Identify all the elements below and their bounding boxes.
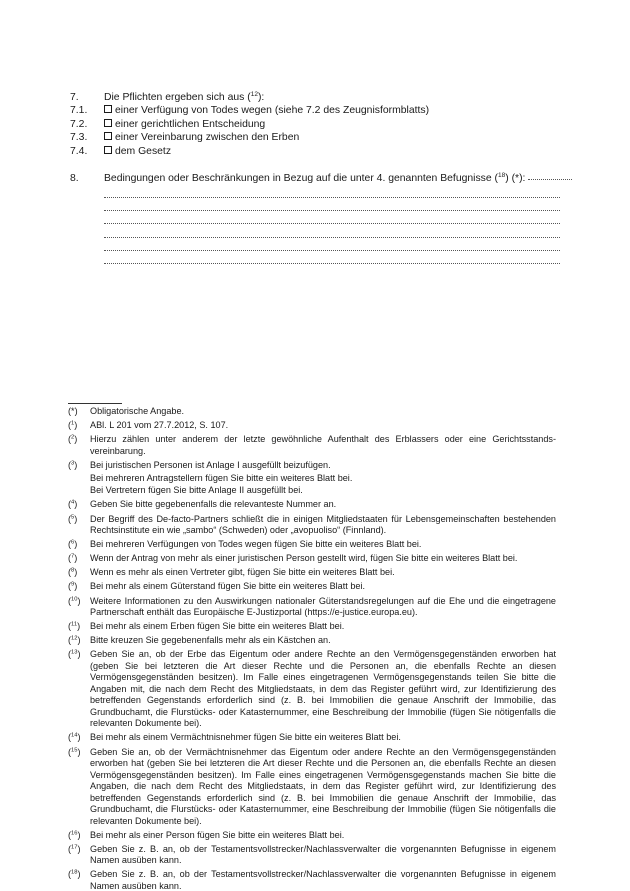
footnote-paragraph: Hierzu zählen unter anderem der letzte g…: [90, 434, 556, 457]
footnote-paragraph: Wenn der Antrag von mehr als einer juris…: [90, 553, 556, 565]
footnote-marker: (4): [68, 499, 90, 512]
footnote: (7)Wenn der Antrag von mehr als einer ju…: [68, 553, 556, 566]
option-number: 7.2.: [70, 118, 104, 131]
dotted-input-line[interactable]: [104, 254, 560, 267]
footnote-paragraph: Geben Sie an, ob der Vermächtnisnehmer d…: [90, 747, 556, 828]
footnote-text: Weitere Informationen zu den Auswirkunge…: [90, 596, 556, 620]
footnote-text: Wenn es mehr als einen Vertreter gibt, f…: [90, 567, 556, 580]
dotted-input-line[interactable]: [104, 241, 560, 254]
checkbox[interactable]: [104, 105, 112, 113]
footnote-paragraph: Bei juristischen Personen ist Anlage I a…: [90, 460, 556, 472]
footnote: (10)Weitere Informationen zu den Auswirk…: [68, 596, 556, 620]
section-number: 8.: [70, 172, 104, 185]
footnote-text: Bei mehreren Verfügungen von Todes wegen…: [90, 539, 556, 552]
footnote: (*)Obligatorische Angabe.: [68, 406, 556, 419]
footnote-marker: (8): [68, 567, 90, 580]
footnote-paragraph: Bei mehr als einem Vermächtnisnehmer füg…: [90, 732, 556, 744]
duty-option-3: 7.3.einer Vereinbarung zwischen den Erbe…: [70, 131, 560, 144]
footnote-paragraph: Bei mehreren Antragstellern fügen Sie bi…: [90, 473, 556, 485]
footnote: (1)ABl. L 201 vom 27.7.2012, S. 107.: [68, 420, 556, 433]
footnote: (15)Geben Sie an, ob der Vermächtnisnehm…: [68, 747, 556, 829]
footnote: (9)Bei mehr als einem Güterstand fügen S…: [68, 581, 556, 594]
footnote-text: Bitte kreuzen Sie gegebenenfalls mehr al…: [90, 635, 556, 648]
footnote-text: Geben Sie z. B. an, ob der Testamentsvol…: [90, 844, 556, 868]
footnote-marker: (11): [68, 621, 90, 634]
footnote-paragraph: Geben Sie bitte gegebenenfalls die relev…: [90, 499, 556, 511]
section-7-heading: 7. Die Pflichten ergeben sich aus (12):: [70, 91, 560, 104]
footnote-paragraph: Wenn es mehr als einen Vertreter gibt, f…: [90, 567, 556, 579]
footnote-text: Bei mehr als einem Vermächtnisnehmer füg…: [90, 732, 556, 745]
section-title-end: ):: [258, 92, 264, 103]
duty-option-1: 7.1.einer Verfügung von Todes wegen (sie…: [70, 104, 560, 117]
footnote-text: Bei mehr als einer Person fügen Sie bitt…: [90, 830, 556, 843]
footnote-marker: (7): [68, 553, 90, 566]
footnote: (17)Geben Sie z. B. an, ob der Testament…: [68, 844, 556, 868]
footnote-paragraph: Obligatorische Angabe.: [90, 406, 556, 418]
footnote-text: Bei juristischen Personen ist Anlage I a…: [90, 460, 556, 498]
duty-option-4: 7.4.dem Gesetz: [70, 145, 560, 158]
footnote-text: Geben Sie an, ob der Vermächtnisnehmer d…: [90, 747, 556, 829]
footnote-paragraph: Bei mehr als einem Erben fügen Sie bitte…: [90, 621, 556, 633]
option-label-wrap: einer gerichtlichen Entscheidung: [104, 118, 560, 131]
option-number: 7.3.: [70, 131, 104, 144]
option-label-wrap: einer Verfügung von Todes wegen (siehe 7…: [104, 104, 560, 117]
section-title-text: Die Pflichten ergeben sich aus (: [104, 92, 251, 103]
footnote-paragraph: Bei Vertretern fügen Sie bitte Anlage II…: [90, 485, 556, 497]
footnote-paragraph: Bei mehr als einer Person fügen Sie bitt…: [90, 830, 556, 842]
footnote-text: Bei mehr als einem Erben fügen Sie bitte…: [90, 621, 556, 634]
footnote-marker: (10): [68, 596, 90, 620]
duty-options-list: 7.1.einer Verfügung von Todes wegen (sie…: [70, 104, 560, 158]
footnote-marker: (2): [68, 434, 90, 458]
option-label: dem Gesetz: [115, 146, 171, 157]
footnote: (18)Geben Sie z. B. an, ob der Testament…: [68, 869, 556, 891]
footnote-paragraph: ABl. L 201 vom 27.7.2012, S. 107.: [90, 420, 556, 432]
footnote-marker: (3): [68, 460, 90, 498]
footnote-paragraph: Geben Sie an, ob der Erbe das Eigentum o…: [90, 649, 556, 730]
document-page: 7. Die Pflichten ergeben sich aus (12): …: [0, 0, 630, 891]
conditions-label-text: Bedingungen oder Beschränkungen in Bezug…: [104, 173, 498, 184]
footnote-marker: (6): [68, 539, 90, 552]
footnote-marker: (18): [68, 869, 90, 891]
footnote-text: Geben Sie z. B. an, ob der Testamentsvol…: [90, 869, 556, 891]
option-label: einer gerichtlichen Entscheidung: [115, 119, 265, 130]
footnote: (3)Bei juristischen Personen ist Anlage …: [68, 460, 556, 498]
conditions-input-start[interactable]: [528, 178, 572, 180]
footnote: (4)Geben Sie bitte gegebenenfalls die re…: [68, 499, 556, 512]
section-title: Die Pflichten ergeben sich aus (12):: [104, 91, 560, 104]
section-7: 7. Die Pflichten ergeben sich aus (12): …: [70, 91, 560, 158]
checkbox[interactable]: [104, 132, 112, 140]
footnote: (11)Bei mehr als einem Erben fügen Sie b…: [68, 621, 556, 634]
section-8: 8. Bedingungen oder Beschränkungen in Be…: [70, 172, 560, 267]
section-8-heading: 8. Bedingungen oder Beschränkungen in Be…: [70, 172, 560, 185]
dotted-input-line[interactable]: [104, 227, 560, 240]
option-number: 7.4.: [70, 145, 104, 158]
section-number: 7.: [70, 91, 104, 104]
footnote-marker: (17): [68, 844, 90, 868]
footnote: (13)Geben Sie an, ob der Erbe das Eigent…: [68, 649, 556, 731]
option-label: einer Vereinbarung zwischen den Erben: [115, 132, 299, 143]
footnote-text: Bei mehr als einem Güterstand fügen Sie …: [90, 581, 556, 594]
footnote-paragraph: Weitere Informationen zu den Auswirkunge…: [90, 596, 556, 619]
footnote-separator: [68, 403, 122, 404]
footnote-marker: (16): [68, 830, 90, 843]
footnote: (2)Hierzu zählen unter anderem der letzt…: [68, 434, 556, 458]
footnote: (6)Bei mehreren Verfügungen von Todes we…: [68, 539, 556, 552]
footnote-marker: (*): [68, 406, 90, 419]
footnote-marker: (9): [68, 581, 90, 594]
footnote: (5)Der Begriff des De-facto-Partners sch…: [68, 514, 556, 538]
footnote-ref: 12: [251, 91, 258, 98]
dotted-input-line[interactable]: [104, 214, 560, 227]
option-number: 7.1.: [70, 104, 104, 117]
footnote-text: ABl. L 201 vom 27.7.2012, S. 107.: [90, 420, 556, 433]
footnote-text: Wenn der Antrag von mehr als einer juris…: [90, 553, 556, 566]
conditions-label-end: ) (*):: [505, 173, 528, 184]
footnotes-list: (*)Obligatorische Angabe.(1)ABl. L 201 v…: [68, 406, 556, 891]
conditions-input-lines[interactable]: [104, 187, 560, 267]
footnote-text: Obligatorische Angabe.: [90, 406, 556, 419]
footnote-paragraph: Bei mehr als einem Güterstand fügen Sie …: [90, 581, 556, 593]
footnote: (8)Wenn es mehr als einen Vertreter gibt…: [68, 567, 556, 580]
option-label: einer Verfügung von Todes wegen (siehe 7…: [115, 105, 429, 116]
footnote-text: Der Begriff des De-facto-Partners schlie…: [90, 514, 556, 538]
footnote-paragraph: Geben Sie z. B. an, ob der Testamentsvol…: [90, 844, 556, 867]
conditions-label: Bedingungen oder Beschränkungen in Bezug…: [104, 172, 572, 185]
footnote-marker: (13): [68, 649, 90, 731]
footnote-marker: (1): [68, 420, 90, 433]
footnote-marker: (15): [68, 747, 90, 829]
footnote-marker: (14): [68, 732, 90, 745]
footnote-marker: (12): [68, 635, 90, 648]
footnote-paragraph: Bitte kreuzen Sie gegebenenfalls mehr al…: [90, 635, 556, 647]
footnote-paragraph: Geben Sie z. B. an, ob der Testamentsvol…: [90, 869, 556, 891]
footnote-paragraph: Der Begriff des De-facto-Partners schlie…: [90, 514, 556, 537]
option-label-wrap: dem Gesetz: [104, 145, 560, 158]
checkbox[interactable]: [104, 119, 112, 127]
checkbox[interactable]: [104, 146, 112, 154]
footnote-text: Hierzu zählen unter anderem der letzte g…: [90, 434, 556, 458]
dotted-input-line[interactable]: [104, 201, 560, 214]
option-label-wrap: einer Vereinbarung zwischen den Erben: [104, 131, 560, 144]
duty-option-2: 7.2.einer gerichtlichen Entscheidung: [70, 118, 560, 131]
footnote: (12)Bitte kreuzen Sie gegebenenfalls meh…: [68, 635, 556, 648]
dotted-input-line[interactable]: [104, 187, 560, 200]
footnote-marker: (5): [68, 514, 90, 538]
footnote-text: Geben Sie an, ob der Erbe das Eigentum o…: [90, 649, 556, 731]
footnote-paragraph: Bei mehreren Verfügungen von Todes wegen…: [90, 539, 556, 551]
footnote-text: Geben Sie bitte gegebenenfalls die relev…: [90, 499, 556, 512]
footnote: (14)Bei mehr als einem Vermächtnisnehmer…: [68, 732, 556, 745]
footnote: (16)Bei mehr als einer Person fügen Sie …: [68, 830, 556, 843]
